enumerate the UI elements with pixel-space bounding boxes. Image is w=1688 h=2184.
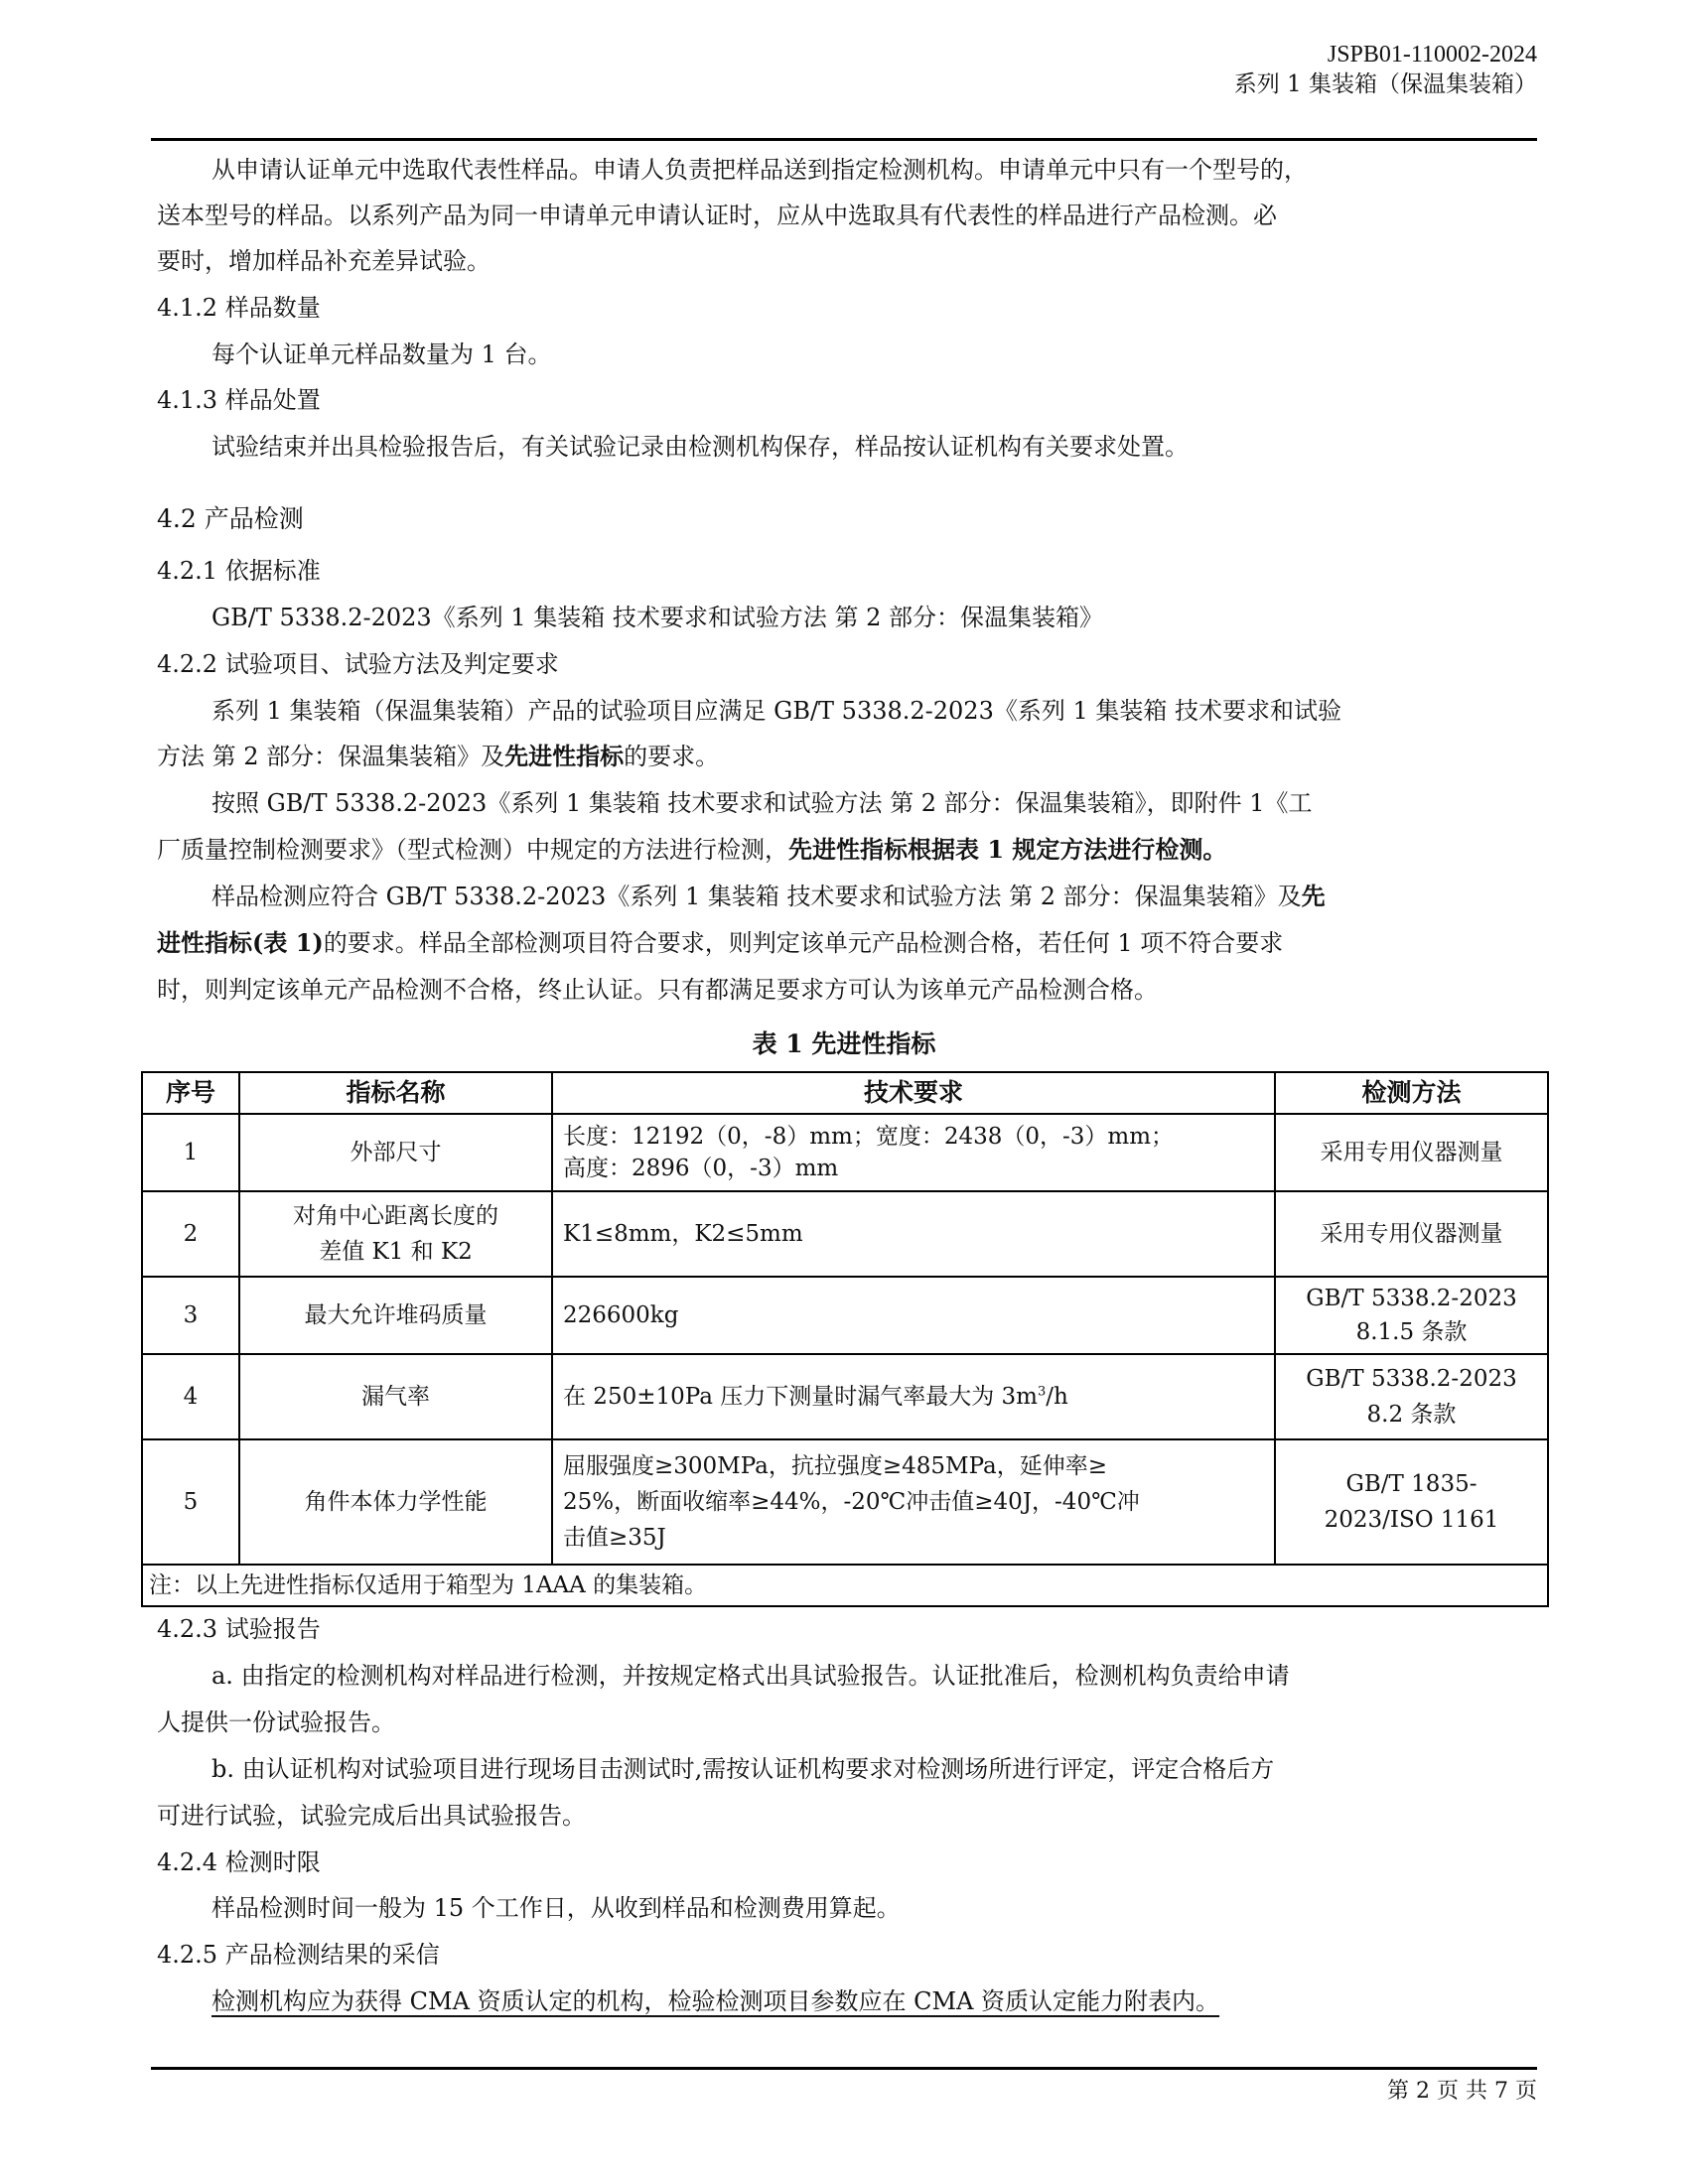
cell-method: GB/T 1835- 2023/ISO 1161 bbox=[1275, 1439, 1548, 1565]
paragraph-line: 要时，增加样品补充差异试验。 bbox=[157, 246, 491, 276]
cell-method: 采用专用仪器测量 bbox=[1275, 1114, 1548, 1191]
cell-name: 对角中心距离长度的 差值 K1 和 K2 bbox=[239, 1191, 552, 1277]
table-row: 5 角件本体力学性能 屈服强度≥300MPa，抗拉强度≥485MPa，延伸率≥ … bbox=[142, 1439, 1548, 1565]
paragraph-line: 试验结束并出具检验报告后，有关试验记录由检测机构保存，样品按认证机构有关要求处置… bbox=[211, 432, 1189, 462]
advanced-indicators-table: 序号 指标名称 技术要求 检测方法 1 外部尺寸 长度：12192（0，-8）m… bbox=[141, 1071, 1549, 1607]
paragraph-line: a. 由指定的检测机构对样品进行检测，并按规定格式出具试验报告。认证批准后，检测… bbox=[211, 1661, 1290, 1691]
table-row: 4 漏气率 在 250±10Pa 压力下测量时漏气率最大为 3m3/h GB/T… bbox=[142, 1354, 1548, 1439]
cell-no: 3 bbox=[142, 1277, 239, 1354]
paragraph-line: b. 由认证机构对试验项目进行现场目击测试时,需按认证机构要求对检测场所进行评定… bbox=[211, 1754, 1274, 1784]
table-title: 表 1 先进性指标 bbox=[0, 1028, 1688, 1060]
cell-requirement: 屈服强度≥300MPa，抗拉强度≥485MPa，延伸率≥ 25%，断面收缩率≥4… bbox=[552, 1439, 1275, 1565]
document-page: JSPB01-110002-2024 系列 1 集装箱（保温集装箱） 从申请认证… bbox=[0, 0, 1688, 2184]
column-header-requirement: 技术要求 bbox=[552, 1072, 1275, 1114]
paragraph-line: 样品检测应符合 GB/T 5338.2-2023《系列 1 集装箱 技术要求和试… bbox=[211, 882, 1326, 911]
paragraph-line: 送本型号的样品。以系列产品为同一申请单元申请认证时，应从中选取具有代表性的样品进… bbox=[157, 201, 1277, 230]
emphasis-text: 进性指标(表 1) bbox=[157, 928, 324, 957]
cell-requirement: 在 250±10Pa 压力下测量时漏气率最大为 3m3/h bbox=[552, 1354, 1275, 1439]
cell-no: 5 bbox=[142, 1439, 239, 1565]
paragraph-line: 方法 第 2 部分：保温集装箱》及先进性指标的要求。 bbox=[157, 742, 719, 771]
footer-rule bbox=[151, 2067, 1537, 2070]
cell-method: GB/T 5338.2-2023 8.1.5 条款 bbox=[1275, 1277, 1548, 1354]
paragraph-line: 样品检测时间一般为 15 个工作日，从收到样品和检测费用算起。 bbox=[211, 1893, 901, 1923]
paragraph-line: 人提供一份试验报告。 bbox=[157, 1707, 395, 1737]
section-heading-4-2-5: 4.2.5 产品检测结果的采信 bbox=[157, 1940, 440, 1970]
paragraph-line: 系列 1 集装箱（保温集装箱）产品的试验项目应满足 GB/T 5338.2-20… bbox=[211, 696, 1341, 726]
table-header-row: 序号 指标名称 技术要求 检测方法 bbox=[142, 1072, 1548, 1114]
column-header-method: 检测方法 bbox=[1275, 1072, 1548, 1114]
paragraph-line: 按照 GB/T 5338.2-2023《系列 1 集装箱 技术要求和试验方法 第… bbox=[211, 788, 1313, 818]
paragraph-line: 时，则判定该单元产品检测不合格，终止认证。只有都满足要求方可认为该单元产品检测合… bbox=[157, 975, 1158, 1005]
table-row: 2 对角中心距离长度的 差值 K1 和 K2 K1≤8mm，K2≤5mm 采用专… bbox=[142, 1191, 1548, 1277]
cell-requirement: 长度：12192（0，-8）mm；宽度：2438（0，-3）mm； 高度：289… bbox=[552, 1114, 1275, 1191]
emphasis-text: 先进性指标 bbox=[504, 742, 624, 770]
section-heading-4-2: 4.2 产品检测 bbox=[157, 504, 304, 534]
emphasis-text: 先 bbox=[1302, 882, 1326, 910]
emphasis-text: 先进性指标根据表 1 规定方法进行检测。 bbox=[788, 835, 1226, 864]
paragraph-line: 厂质量控制检测要求》（型式检测）中规定的方法进行检测，先进性指标根据表 1 规定… bbox=[157, 835, 1226, 865]
document-header-title: 系列 1 集装箱（保温集装箱） bbox=[1234, 69, 1537, 99]
cell-name: 外部尺寸 bbox=[239, 1114, 552, 1191]
underlined-paragraph: 检测机构应为获得 CMA 资质认定的机构，检验检测项目参数应在 CMA 资质认定… bbox=[211, 1986, 1219, 2016]
paragraph-line: 每个认证单元样品数量为 1 台。 bbox=[211, 340, 552, 369]
table-note: 注：以上先进性指标仅适用于箱型为 1AAA 的集装箱。 bbox=[142, 1565, 1548, 1606]
cell-requirement: K1≤8mm，K2≤5mm bbox=[552, 1191, 1275, 1277]
cell-name: 角件本体力学性能 bbox=[239, 1439, 552, 1565]
section-heading-4-1-2: 4.1.2 样品数量 bbox=[157, 293, 321, 323]
table-row: 3 最大允许堆码质量 226600kg GB/T 5338.2-2023 8.1… bbox=[142, 1277, 1548, 1354]
cell-no: 1 bbox=[142, 1114, 239, 1191]
section-heading-4-2-1: 4.2.1 依据标准 bbox=[157, 556, 321, 586]
header-rule bbox=[151, 138, 1537, 141]
column-header-no: 序号 bbox=[142, 1072, 239, 1114]
section-heading-4-2-4: 4.2.4 检测时限 bbox=[157, 1847, 321, 1877]
cell-name: 最大允许堆码质量 bbox=[239, 1277, 552, 1354]
section-heading-4-2-2: 4.2.2 试验项目、试验方法及判定要求 bbox=[157, 649, 559, 679]
column-header-name: 指标名称 bbox=[239, 1072, 552, 1114]
table-row: 1 外部尺寸 长度：12192（0，-8）mm；宽度：2438（0，-3）mm；… bbox=[142, 1114, 1548, 1191]
cell-name: 漏气率 bbox=[239, 1354, 552, 1439]
paragraph-line: 进性指标(表 1)的要求。样品全部检测项目符合要求，则判定该单元产品检测合格，若… bbox=[157, 928, 1283, 958]
section-heading-4-2-3: 4.2.3 试验报告 bbox=[157, 1614, 321, 1644]
paragraph-line: 从申请认证单元中选取代表性样品。申请人负责把样品送到指定检测机构。申请单元中只有… bbox=[211, 155, 1308, 185]
table-note-row: 注：以上先进性指标仅适用于箱型为 1AAA 的集装箱。 bbox=[142, 1565, 1548, 1606]
standard-reference: GB/T 5338.2-2023《系列 1 集装箱 技术要求和试验方法 第 2 … bbox=[211, 603, 1103, 632]
paragraph-line: 可进行试验，试验完成后出具试验报告。 bbox=[157, 1801, 586, 1831]
page-number: 第 2 页 共 7 页 bbox=[1387, 2077, 1537, 2107]
cell-method: GB/T 5338.2-2023 8.2 条款 bbox=[1275, 1354, 1548, 1439]
section-heading-4-1-3: 4.1.3 样品处置 bbox=[157, 385, 321, 415]
cell-requirement: 226600kg bbox=[552, 1277, 1275, 1354]
cell-method: 采用专用仪器测量 bbox=[1275, 1191, 1548, 1277]
cell-no: 2 bbox=[142, 1191, 239, 1277]
cell-no: 4 bbox=[142, 1354, 239, 1439]
document-code: JSPB01-110002-2024 bbox=[1328, 40, 1537, 69]
